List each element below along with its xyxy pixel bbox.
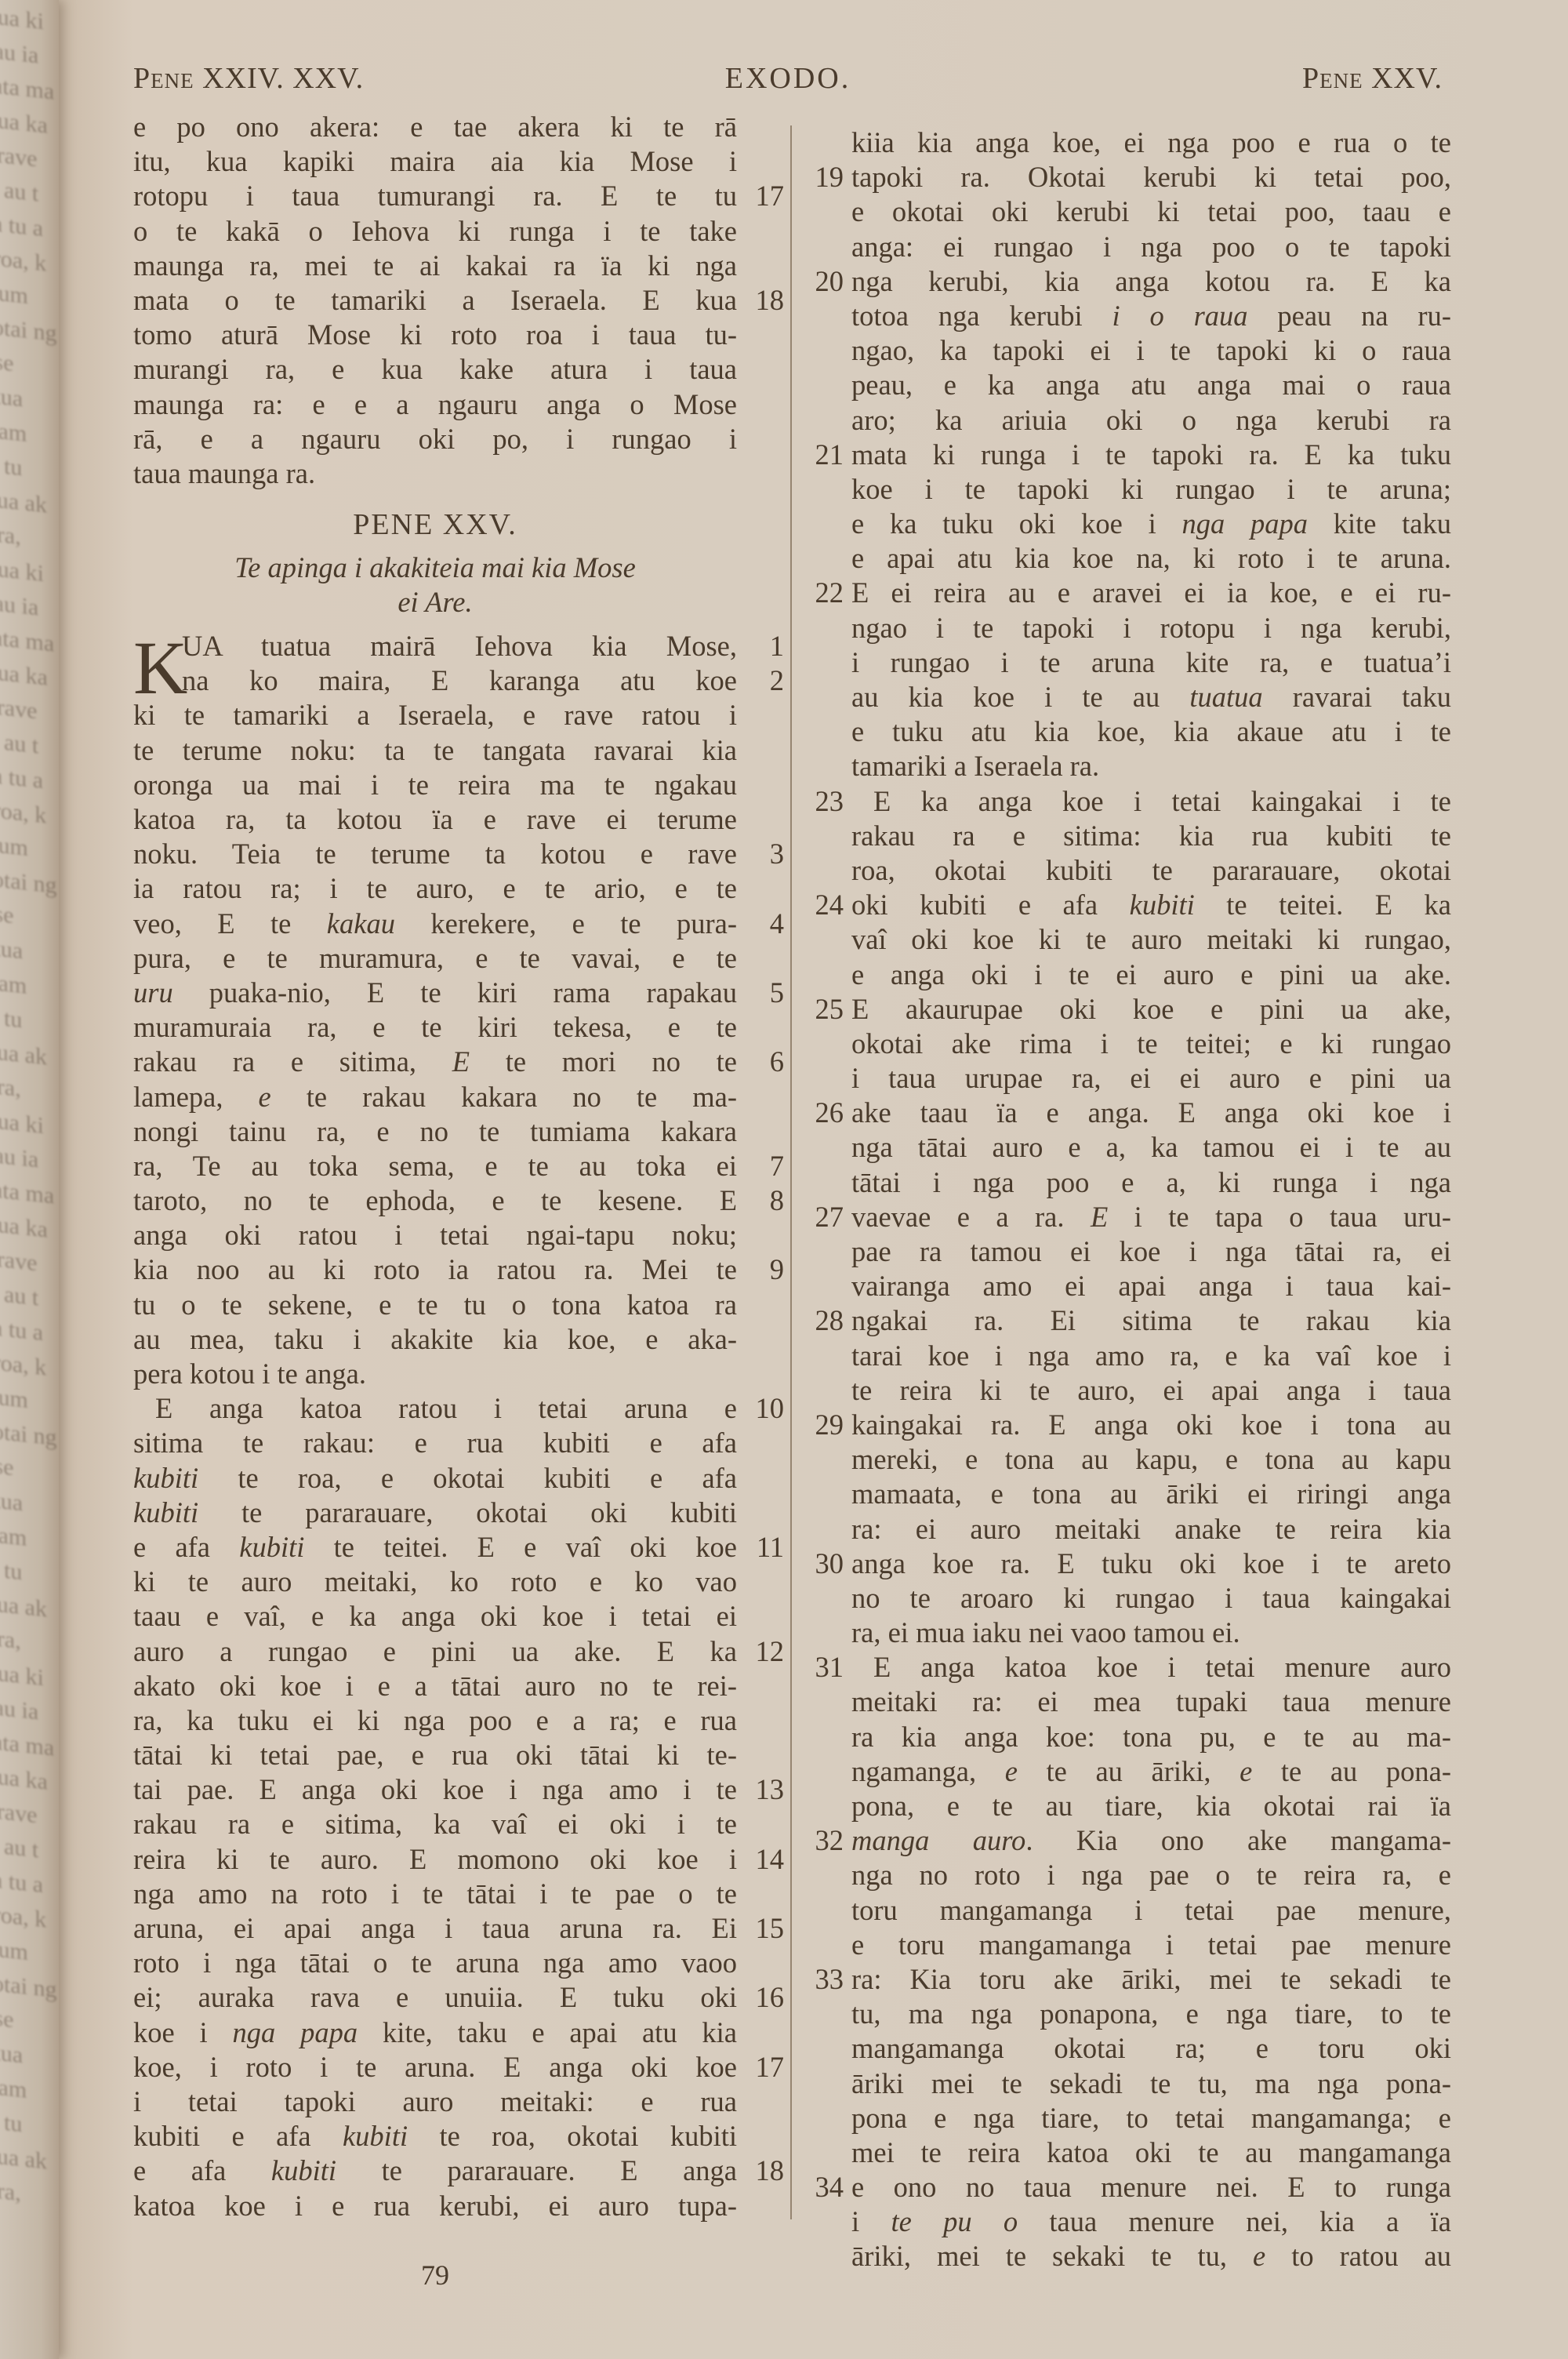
line-text: E ka anga koe i tetai kaingakai i te bbox=[851, 784, 1451, 819]
ghost-text: okotai ng bbox=[0, 860, 27, 900]
line-text: ra: Kia toru ake āriki, mei te sekadi te bbox=[851, 1962, 1451, 1997]
text-line: pera kotou i te anga. bbox=[133, 1357, 784, 1391]
text-line: 31E anga katoa koe i tetai menure auro bbox=[800, 1650, 1450, 1685]
text-line: ngamanga, e te au āriki, e te au pona- bbox=[800, 1754, 1450, 1789]
verse-number: 2 bbox=[741, 663, 784, 698]
verse-number: 10 bbox=[741, 1391, 784, 1426]
text-line: 27vaevae e a ra. E i te tapa o taua uru- bbox=[800, 1200, 1450, 1234]
text-line: kubiti te roa, e okotai kubiti e afa bbox=[133, 1461, 784, 1496]
verse-number: 26 bbox=[800, 1096, 844, 1130]
verse-number: 17 bbox=[741, 2050, 784, 2085]
ghost-text: ka rave bbox=[0, 1791, 27, 1832]
ghost-text: ka rave bbox=[0, 1239, 27, 1280]
text-line: ki te tamariki a Iseraela, e rave ratou … bbox=[133, 698, 784, 732]
verse-number: 32 bbox=[800, 1823, 844, 1858]
text-line: tātai i nga poo e a, ki runga i nga bbox=[800, 1165, 1450, 1200]
text-line: e tuku atu kia koe, kia akaue atu i te bbox=[800, 714, 1450, 749]
text-line: kubiti e afa kubiti te roa, okotai kubit… bbox=[133, 2119, 784, 2154]
text-line: ki te auro meitaki, ko roto e ko vao bbox=[133, 1565, 784, 1599]
line-text: kubiti te pararauare, okotai oki kubiti bbox=[133, 1496, 737, 1530]
line-text: āriki, mei te sekaki te tu, e to ratou a… bbox=[851, 2239, 1451, 2274]
ghost-text: ngata ma bbox=[0, 1170, 27, 1211]
line-text: ki te auro meitaki, ko roto e ko vao bbox=[133, 1565, 737, 1599]
text-line: e po ono akera: e tae akera ki te rā bbox=[133, 110, 784, 144]
text-line: nga tātai auro e a, ka tamou ei i te au bbox=[800, 1130, 1450, 1165]
ghost-text: te tum bbox=[0, 273, 27, 314]
line-text: tātai ki tetai pae, e rua oki tātai ki t… bbox=[133, 1738, 737, 1772]
line-text: ra: ei auro meitaki anake te reira kia bbox=[851, 1512, 1451, 1547]
text-line: mangamanga okotai ra; e toru oki bbox=[800, 2031, 1450, 2066]
ghost-text: uatua ka bbox=[0, 1205, 27, 1245]
text-line: sitima te rakau: e rua kubiti e afa bbox=[133, 1426, 784, 1460]
text-line: tu o te sekene, e te tu o tona katoa ra bbox=[133, 1288, 784, 1322]
verse-number: 18 bbox=[741, 283, 784, 318]
text-line: 26ake taau ïa e anga. E anga oki koe i bbox=[800, 1096, 1450, 1130]
chapter-heading: PENE XXV. bbox=[133, 499, 737, 551]
line-text: nongi tainu ra, e no te tumiama kakara bbox=[133, 1114, 737, 1149]
text-line: 11e afa kubiti te teitei. E e vaî oki ko… bbox=[133, 1530, 784, 1565]
ghost-text: a-tau ia bbox=[0, 1688, 27, 1728]
verse-number: 25 bbox=[800, 992, 844, 1027]
ghost-text: uatua ki bbox=[0, 1101, 27, 1142]
ghost-text: au ra, bbox=[0, 1619, 27, 1659]
text-line: 8taroto, no te ephoda, e te kesene. E bbox=[133, 1183, 784, 1218]
ghost-text: a-tau ia bbox=[0, 1136, 27, 1176]
text-line: āriki, mei te sekaki te tu, e to ratou a… bbox=[800, 2239, 1450, 2274]
text-line: ngao, ka tapoki ei i te tapoki ki o raua bbox=[800, 333, 1450, 368]
verse-number: 14 bbox=[741, 1842, 784, 1877]
text-line: 17koe, i roto i te aruna. E anga oki koe bbox=[133, 2050, 784, 2085]
text-line: 5uru puaka-nio, E te kiri rama rapakau bbox=[133, 976, 784, 1010]
ghost-text: i te tu bbox=[0, 1550, 27, 1590]
line-text: rakau ra e sitima: kia rua kubiti te bbox=[851, 819, 1451, 853]
text-line: 20nga kerubi, kia anga kotou ra. E ka bbox=[800, 264, 1450, 299]
text-line: 19tapoki ra. Okotai kerubi ki tetai poo, bbox=[800, 160, 1450, 194]
line-text: kaingakai ra. E anga oki koe i tona au bbox=[851, 1408, 1451, 1442]
ghost-text: gi roa, k bbox=[0, 791, 27, 831]
line-text: anga: ei rungao i nga poo o te tapoki bbox=[851, 230, 1451, 264]
header-right: Pene XXV. bbox=[1302, 61, 1443, 96]
line-text: e toru mangamanga i tetai pae menure bbox=[851, 1928, 1451, 1962]
line-text: i tetai tapoki auro meitaki: e rua bbox=[133, 2085, 737, 2119]
line-text: roa, okotai kubiti te pararauare, okotai bbox=[851, 853, 1451, 888]
line-text: e ka tuku oki koe i nga papa kite taku bbox=[851, 507, 1451, 541]
ghost-text: te tam bbox=[0, 1515, 27, 1556]
text-line: 14reira ki te auro. E momono oki koe i bbox=[133, 1842, 784, 1877]
text-line: 24oki kubiti e afa kubiti te teitei. E k… bbox=[800, 888, 1450, 922]
text-line: 6rakau ra e sitima, E te mori no te bbox=[133, 1045, 784, 1079]
text-line: 12auro a rungao e pini ua ake. E ka bbox=[133, 1634, 784, 1669]
chapter-summary: Te apinga i akakiteia mai kia Moseei Are… bbox=[133, 551, 737, 620]
text-line: 2na ko maira, E karanga atu koe bbox=[133, 663, 784, 698]
text-line: rakau ra e sitima, ka vaî ei oki i te bbox=[133, 1807, 784, 1841]
ghost-text: gi roa, k bbox=[0, 238, 27, 279]
line-text: vaî oki koe ki te auro meitaki ki rungao… bbox=[851, 922, 1451, 957]
ghost-text: i te tu bbox=[0, 445, 27, 486]
text-line: akato oki koe i e a tātai auro no te rei… bbox=[133, 1669, 784, 1703]
ghost-text: E kua bbox=[0, 2033, 27, 2074]
text-line: katoa ra, ta kotou ïa e rave ei terume bbox=[133, 802, 784, 837]
line-text: aruna, ei apai anga i taua aruna ra. Ei bbox=[133, 1911, 737, 1946]
line-text: mangamanga okotai ra; e toru oki bbox=[851, 2031, 1451, 2066]
line-text: mereki, e tona au kapu, e tona au kapu bbox=[851, 1442, 1451, 1477]
verse-number: 18 bbox=[741, 2154, 784, 2188]
ghost-text: i te au t bbox=[0, 169, 27, 210]
ghost-text: kua tu a bbox=[0, 204, 27, 245]
verse-number: 30 bbox=[800, 1547, 844, 1581]
line-text: tu o te sekene, e te tu o tona katoa ra bbox=[133, 1288, 737, 1322]
text-line: kubiti te pararauare, okotai oki kubiti bbox=[133, 1496, 784, 1530]
line-text: na ko maira, E karanga atu koe bbox=[182, 663, 737, 698]
text-line: ra, ei mua iaku nei vaoo tamou ei. bbox=[800, 1616, 1450, 1650]
text-line: maunga ra, mei te ai kakai ra ïa ki nga bbox=[133, 249, 784, 283]
line-text: nga kerubi, kia anga kotou ra. E ka bbox=[851, 264, 1451, 299]
line-text: taau e vaî, e ka anga oki koe i tetai ei bbox=[133, 1599, 737, 1634]
verse-number: 34 bbox=[800, 2170, 844, 2205]
ghost-text: e kua ak bbox=[0, 1032, 27, 1073]
text-line: nga no roto i nga pae o te reira ra, e bbox=[800, 1858, 1450, 1892]
text-line: te reira ki te auro, ei apai anga i taua bbox=[800, 1373, 1450, 1408]
line-text: ake taau ïa e anga. E anga oki koe i bbox=[851, 1096, 1451, 1130]
line-text: e okotai oki kerubi ki tetai poo, taau e bbox=[851, 194, 1451, 229]
ghost-text: e kua ak bbox=[0, 1584, 27, 1625]
verse-number: 24 bbox=[800, 888, 844, 922]
text-line: nga amo na roto i te tātai i te pae o te bbox=[133, 1877, 784, 1911]
line-text: muramuraia ra, e te kiri tekesa, e te bbox=[133, 1010, 737, 1045]
ghost-text: te tum bbox=[0, 1377, 27, 1418]
text-line: 15aruna, ei apai anga i taua aruna ra. E… bbox=[133, 1911, 784, 1946]
ghost-text: a-tau ia bbox=[0, 583, 27, 624]
line-text: anga koe ra. E tuku oki koe i te areto bbox=[851, 1547, 1451, 1581]
line-text: rā, e a ngauru oki po, i rungao i bbox=[133, 422, 737, 456]
text-line: maunga ra: e e a ngauru anga o Mose bbox=[133, 387, 784, 422]
text-line: tomo aturā Mose ki roto roa i taua tu- bbox=[133, 318, 784, 352]
text-line: aro; ka ariuia oki o nga kerubi ra bbox=[800, 403, 1450, 438]
text-line: 32manga auro. Kia ono ake mangama- bbox=[800, 1823, 1450, 1858]
text-line: 4veo, E te kakau kerekere, e te pura- bbox=[133, 907, 784, 941]
text-line: 29kaingakai ra. E anga oki koe i tona au bbox=[800, 1408, 1450, 1442]
text-line: toru mangamanga i tetai pae menure, bbox=[800, 1893, 1450, 1928]
text-line: i rungao i te aruna kite ra, e tuatua’i bbox=[800, 645, 1450, 680]
text-line: totoa nga kerubi i o raua peau na ru- bbox=[800, 299, 1450, 333]
verse-number: 23 bbox=[800, 784, 844, 819]
line-text: ngamanga, e te au āriki, e te au pona- bbox=[851, 1754, 1451, 1789]
text-line: e ka tuku oki koe i nga papa kite taku bbox=[800, 507, 1450, 541]
line-text: aro; ka ariuia oki o nga kerubi ra bbox=[851, 403, 1451, 438]
text-line: 17rotopu i taua tumurangi ra. E te tu bbox=[133, 179, 784, 213]
line-text: taroto, no te ephoda, e te kesene. E bbox=[133, 1183, 737, 1218]
line-text: tātai i nga poo e a, ki runga i nga bbox=[851, 1165, 1451, 1200]
line-text: meitaki ra: ei mea tupaki taua menure bbox=[851, 1685, 1451, 1719]
line-text: E akaurupae oki koe e pini ua ake, bbox=[851, 992, 1451, 1027]
text-line: i tetai tapoki auro meitaki: e rua bbox=[133, 2085, 784, 2119]
ghost-text: uatua ki bbox=[0, 549, 27, 590]
verse-number: 21 bbox=[800, 438, 844, 472]
text-line: mereki, e tona au kapu, e tona au kapu bbox=[800, 1442, 1450, 1477]
line-text: ngakai ra. Ei sitima te rakau kia bbox=[851, 1303, 1451, 1338]
line-text: mamaata, e tona au āriki ei riringi anga bbox=[851, 1477, 1451, 1511]
text-line: 22E ei reira au e aravei ei ia koe, e ei… bbox=[800, 576, 1450, 610]
ghost-text: gi roa, k bbox=[0, 1895, 27, 1936]
ghost-text: gi roa, k bbox=[0, 1343, 27, 1383]
text-line: muramuraia ra, e te kiri tekesa, e te bbox=[133, 1010, 784, 1045]
line-text: kiia kia anga koe, ei nga poo e rua o te bbox=[851, 125, 1451, 160]
ghost-text: te tum bbox=[0, 825, 27, 866]
text-line: 25E akaurupae oki koe e pini ua ake, bbox=[800, 992, 1450, 1027]
line-text: kia noo au ki roto ia ratou ra. Mei te bbox=[133, 1252, 737, 1287]
line-text: sitima te rakau: e rua kubiti e afa bbox=[133, 1426, 737, 1460]
text-line: 18e afa kubiti te pararauare. E anga bbox=[133, 2154, 784, 2188]
ghost-text: a-tau ia bbox=[0, 31, 27, 72]
ghost-text: okotai ng bbox=[0, 1412, 27, 1452]
line-text: nga amo na roto i te tātai i te pae o te bbox=[133, 1877, 737, 1911]
text-line: 1UA tuatua mairā Iehova kia Mose, bbox=[133, 629, 784, 663]
text-line: pona e nga tiare, to tetai mangamanga; e bbox=[800, 2101, 1450, 2135]
text-line: 34e ono no taua menure nei. E to runga bbox=[800, 2170, 1450, 2205]
text-line: mamaata, e tona au āriki ei riringi anga bbox=[800, 1477, 1450, 1511]
ghost-text: te tam bbox=[0, 2067, 27, 2108]
ghost-text: i te au t bbox=[0, 722, 27, 762]
ghost-text: te tam bbox=[0, 411, 27, 452]
text-line: koe i te tapoki ki rungao i te aruna; bbox=[800, 472, 1450, 507]
line-text: pae ra tamou ei koe i nga tātai ra, ei bbox=[851, 1234, 1451, 1269]
line-text: i rungao i te aruna kite ra, e tuatua’i bbox=[851, 645, 1451, 680]
ghost-text: uatua ka bbox=[0, 1757, 27, 1797]
text-line: kiia kia anga koe, ei nga poo e rua o te bbox=[800, 125, 1450, 160]
text-line: ra: ei auro meitaki anake te reira kia bbox=[800, 1512, 1450, 1547]
line-text: maunga ra: e e a ngauru anga o Mose bbox=[133, 387, 737, 422]
line-text: mata o te tamariki a Iseraela. E kua bbox=[133, 283, 737, 318]
ghost-text: ka rave bbox=[0, 687, 27, 728]
line-text: ra, ka tuku ei ki nga poo e a ra; e rua bbox=[133, 1703, 737, 1738]
verse-number: 7 bbox=[741, 1149, 784, 1183]
ghost-text: okotai ng bbox=[0, 1964, 27, 2005]
verse-number: 13 bbox=[741, 1772, 784, 1807]
previous-page-edge: uatua kia-tau iangata mauatua kaka ravei… bbox=[0, 0, 59, 2359]
line-text: murangi ra, e kua kake atura i taua bbox=[133, 352, 737, 387]
header-left: Pene XXIV. XXV. bbox=[133, 61, 364, 96]
text-line: pura, e te muramura, e te vavai, e te bbox=[133, 941, 784, 976]
text-line: i taua urupae ra, ei ei auro e pini ua bbox=[800, 1061, 1450, 1096]
text-line: āriki mei te sekadi te tu, ma nga pona- bbox=[800, 2066, 1450, 2101]
line-text: tai pae. E anga oki koe i nga amo i te bbox=[133, 1772, 737, 1807]
line-text: e afa kubiti te teitei. E e vaî oki koe bbox=[133, 1530, 737, 1565]
line-text: mei te reira katoa oki te au mangamanga bbox=[851, 2135, 1451, 2170]
header-book-title: EXODO. bbox=[725, 61, 851, 96]
ghost-text: o Ise bbox=[0, 1998, 27, 2039]
text-line: tarai koe i nga amo ra, e ka vaî koe i bbox=[800, 1339, 1450, 1373]
line-text: oronga ua mai i te reira ma te ngakau bbox=[133, 768, 737, 802]
text-line: tu, ma nga ponapona, e nga tiare, to te bbox=[800, 1997, 1450, 2031]
line-text: vairanga amo ei apai anga i taua kai- bbox=[851, 1269, 1451, 1303]
line-text: reira ki te auro. E momono oki koe i bbox=[133, 1842, 737, 1877]
ghost-text: e kua ak bbox=[0, 480, 27, 521]
ghost-text: au ra, bbox=[0, 2171, 27, 2212]
line-text: no te aroaro ki rungao i taua kaingakai bbox=[851, 1581, 1451, 1616]
page-number: 79 bbox=[133, 2259, 737, 2292]
ghost-text: o Ise bbox=[0, 342, 27, 383]
text-line: okotai ake rima i te teitei; e ki rungao bbox=[800, 1027, 1450, 1061]
ghost-text: o Ise bbox=[0, 1446, 27, 1487]
line-text: e tuku atu kia koe, kia akaue atu i te bbox=[851, 714, 1451, 749]
line-text: roto i nga tātai o te aruna nga amo vaoo bbox=[133, 1946, 737, 1980]
text-line: meitaki ra: ei mea tupaki taua menure bbox=[800, 1685, 1450, 1719]
text-line: 21mata ki runga i te tapoki ra. E ka tuk… bbox=[800, 438, 1450, 472]
text-line: koe i nga papa kite, taku e apai atu kia bbox=[133, 2016, 784, 2050]
line-text: maunga ra, mei te ai kakai ra ïa ki nga bbox=[133, 249, 737, 283]
verse-number: 4 bbox=[741, 907, 784, 941]
line-text: tarai koe i nga amo ra, e ka vaî koe i bbox=[851, 1339, 1451, 1373]
ghost-text: ka rave bbox=[0, 135, 27, 176]
line-text: rakau ra e sitima, E te mori no te bbox=[133, 1045, 737, 1079]
line-text: pura, e te muramura, e te vavai, e te bbox=[133, 941, 737, 976]
verse-number: 27 bbox=[800, 1200, 844, 1234]
line-text: vaevae e a ra. E i te tapa o taua uru- bbox=[851, 1200, 1451, 1234]
verse-number: 20 bbox=[800, 264, 844, 299]
text-line: 10E anga katoa ratou i tetai aruna e bbox=[133, 1391, 784, 1426]
text-line: roto i nga tātai o te aruna nga amo vaoo bbox=[133, 1946, 784, 1980]
text-line: o te kakā o Iehova ki runga i te take bbox=[133, 214, 784, 249]
verse-number: 33 bbox=[800, 1962, 844, 1997]
line-text: o te kakā o Iehova ki runga i te take bbox=[133, 214, 737, 249]
text-line: anga: ei rungao i nga poo o te tapoki bbox=[800, 230, 1450, 264]
text-line: 16ei; auraka rava e unuiia. E tuku oki bbox=[133, 1980, 784, 2015]
text-line: 7ra, Te au toka sema, e te au toka ei bbox=[133, 1149, 784, 1183]
right-column: kiia kia anga koe, ei nga poo e rua o te… bbox=[800, 125, 1450, 2274]
line-text: pona e nga tiare, to tetai mangamanga; e bbox=[851, 2101, 1451, 2135]
column-divider bbox=[790, 125, 792, 2219]
text-line: 23E ka anga koe i tetai kaingakai i te bbox=[800, 784, 1450, 819]
line-text: veo, E te kakau kerekere, e te pura- bbox=[133, 907, 737, 941]
text-line: murangi ra, e kua kake atura i taua bbox=[133, 352, 784, 387]
ghost-text: uatua ki bbox=[0, 0, 27, 38]
line-text: itu, kua kapiki maira aia kia Mose i bbox=[133, 144, 737, 179]
text-line: katoa koe i e rua kerubi, ei auro tupa- bbox=[133, 2189, 784, 2223]
line-text: manga auro. Kia ono ake mangama- bbox=[851, 1823, 1451, 1858]
line-text: koe i te tapoki ki rungao i te aruna; bbox=[851, 472, 1451, 507]
line-text: totoa nga kerubi i o raua peau na ru- bbox=[851, 299, 1451, 333]
verse-number: 29 bbox=[800, 1408, 844, 1442]
ghost-text: E kua bbox=[0, 1481, 27, 1521]
text-line: ngao i te tapoki i rotopu i nga kerubi, bbox=[800, 611, 1450, 645]
line-text: uru puaka-nio, E te kiri rama rapakau bbox=[133, 976, 737, 1010]
ghost-text: kua tu a bbox=[0, 1860, 27, 1901]
line-text: UA tuatua mairā Iehova kia Mose, bbox=[182, 629, 737, 663]
text-line: i te pu o taua menure nei, kia a ïa bbox=[800, 2205, 1450, 2239]
text-line: no te aroaro ki rungao i taua kaingakai bbox=[800, 1581, 1450, 1616]
line-text: taua maunga ra. bbox=[133, 456, 737, 491]
line-text: e anga oki i te ei auro e pini ua ake. bbox=[851, 958, 1451, 992]
ghost-text: uatua ka bbox=[0, 100, 27, 141]
text-line: rakau ra e sitima: kia rua kubiti te bbox=[800, 819, 1450, 853]
text-line: 3noku. Teia te terume ta kotou e rave bbox=[133, 837, 784, 871]
verse-number: 31 bbox=[800, 1650, 844, 1685]
line-text: kubiti te roa, e okotai kubiti e afa bbox=[133, 1461, 737, 1496]
line-text: tu, ma nga ponapona, e nga tiare, to te bbox=[851, 1997, 1451, 2031]
line-text: ki te tamariki a Iseraela, e rave ratou … bbox=[133, 698, 737, 732]
text-line: pona, e te au tiare, kia okotai rai ïa bbox=[800, 1789, 1450, 1823]
text-line: te terume noku: ta te tangata ravarai ki… bbox=[133, 733, 784, 768]
line-text: rotopu i taua tumurangi ra. E te tu bbox=[133, 179, 737, 213]
verse-number: 17 bbox=[741, 179, 784, 213]
ghost-text: i te au t bbox=[0, 1826, 27, 1866]
verse-number: 22 bbox=[800, 576, 844, 610]
text-line: nongi tainu ra, e no te tumiama kakara bbox=[133, 1114, 784, 1149]
line-text: anga oki ratou i tetai ngai-tapu noku; bbox=[133, 1218, 737, 1252]
ghost-text: ngata ma bbox=[0, 1722, 27, 1763]
line-text: ra, ei mua iaku nei vaoo tamou ei. bbox=[851, 1616, 1451, 1650]
line-text: ngao i te tapoki i rotopu i nga kerubi, bbox=[851, 611, 1451, 645]
text-line: pae ra tamou ei koe i nga tātai ra, ei bbox=[800, 1234, 1450, 1269]
ghost-text: uatua ki bbox=[0, 1653, 27, 1694]
text-line: 33ra: Kia toru ake āriki, mei te sekadi … bbox=[800, 1962, 1450, 1997]
ghost-text: e kua ak bbox=[0, 2136, 27, 2177]
verse-number: 16 bbox=[741, 1980, 784, 2015]
line-text: katoa ra, ta kotou ïa e rave ei terume bbox=[133, 802, 737, 837]
line-text: kubiti e afa kubiti te roa, okotai kubit… bbox=[133, 2119, 737, 2154]
line-text: mata ki runga i te tapoki ra. E ka tuku bbox=[851, 438, 1451, 472]
verse-number: 19 bbox=[800, 160, 844, 194]
line-text: rakau ra e sitima, ka vaî ei oki i te bbox=[133, 1807, 737, 1841]
text-line: rā, e a ngauru oki po, i rungao i bbox=[133, 422, 784, 456]
line-text: te reira ki te auro, ei apai anga i taua bbox=[851, 1373, 1451, 1408]
text-line: au kia koe i te au tuatua ravarai taku bbox=[800, 680, 1450, 714]
ghost-text: au ra, bbox=[0, 514, 27, 555]
line-text: e apai atu kia koe na, ki roto i te arun… bbox=[851, 541, 1451, 576]
line-text: E anga katoa koe i tetai menure auro bbox=[851, 1650, 1451, 1685]
text-line: 9kia noo au ki roto ia ratou ra. Mei te bbox=[133, 1252, 784, 1287]
text-line: e toru mangamanga i tetai pae menure bbox=[800, 1928, 1450, 1962]
ghost-text: te tam bbox=[0, 963, 27, 1004]
ghost-text: uatua ka bbox=[0, 652, 27, 693]
line-text: e afa kubiti te pararauare. E anga bbox=[133, 2154, 737, 2188]
line-text: i taua urupae ra, ei ei auro e pini ua bbox=[851, 1061, 1451, 1096]
line-text: au mea, taku i akakite kia koe, e aka- bbox=[133, 1322, 737, 1357]
verse-number: 9 bbox=[741, 1252, 784, 1287]
line-text: e ono no taua menure nei. E to runga bbox=[851, 2170, 1451, 2205]
ghost-text: o Ise bbox=[0, 894, 27, 935]
ghost-text: au ra, bbox=[0, 1067, 27, 1107]
line-text: ngao, ka tapoki ei i te tapoki ki o raua bbox=[851, 333, 1451, 368]
text-line: taua maunga ra. bbox=[133, 456, 784, 491]
text-line: 18mata o te tamariki a Iseraela. E kua bbox=[133, 283, 784, 318]
line-text: noku. Teia te terume ta kotou e rave bbox=[133, 837, 737, 871]
text-line: itu, kua kapiki maira aia kia Mose i bbox=[133, 144, 784, 179]
text-line: ra, ka tuku ei ki nga poo e a ra; e rua bbox=[133, 1703, 784, 1738]
verse-number: 15 bbox=[741, 1911, 784, 1946]
line-text: peau, e ka anga atu anga mai o raua bbox=[851, 368, 1451, 402]
text-line: mei te reira katoa oki te au mangamanga bbox=[800, 2135, 1450, 2170]
verse-number: 8 bbox=[741, 1183, 784, 1218]
text-line: peau, e ka anga atu anga mai o raua bbox=[800, 368, 1450, 402]
line-text: E ei reira au e aravei ei ia koe, e ei r… bbox=[851, 576, 1451, 610]
line-text: tapoki ra. Okotai kerubi ki tetai poo, bbox=[851, 160, 1451, 194]
line-text: tamariki a Iseraela ra. bbox=[851, 749, 1451, 783]
line-text: oki kubiti e afa kubiti te teitei. E ka bbox=[851, 888, 1451, 922]
line-text: ra kia anga koe: tona pu, e te au ma- bbox=[851, 1720, 1451, 1754]
line-text: e po ono akera: e tae akera ki te rā bbox=[133, 110, 737, 144]
text-line: taau e vaî, e ka anga oki koe i tetai ei bbox=[133, 1599, 784, 1634]
text-line: roa, okotai kubiti te pararauare, okotai bbox=[800, 853, 1450, 888]
text-line: e apai atu kia koe na, ki roto i te arun… bbox=[800, 541, 1450, 576]
line-text: te terume noku: ta te tangata ravarai ki… bbox=[133, 733, 737, 768]
text-line: 28ngakai ra. Ei sitima te rakau kia bbox=[800, 1303, 1450, 1338]
text-line: vaî oki koe ki te auro meitaki ki rungao… bbox=[800, 922, 1450, 957]
text-line: 13tai pae. E anga oki koe i nga amo i te bbox=[133, 1772, 784, 1807]
line-text: ei; auraka rava e unuiia. E tuku oki bbox=[133, 1980, 737, 2015]
ghost-text: ngata ma bbox=[0, 66, 27, 107]
line-text: nga no roto i nga pae o te reira ra, e bbox=[851, 1858, 1451, 1892]
